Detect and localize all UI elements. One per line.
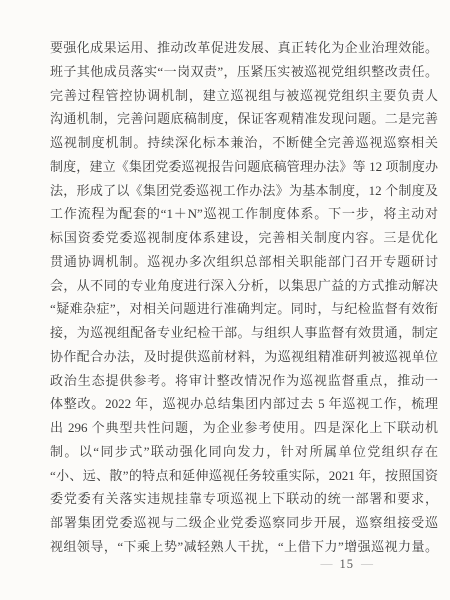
text-line: 工作流程为配套的“1＋N”巡视工作制度体系。下一步，将主动对 [50,202,438,226]
footer-dash-left: — [321,558,333,569]
text-line: “小、远、散”的特点和延伸巡视任务较重实际，2021 年，按照国资 [50,464,438,488]
text-line: 会，从不同的专业角度进行深入分析，以集思广益的方式推动解决 [50,274,438,298]
text-line: 法，形成了以《集团党委巡视工作办法》为基本制度，12 个制度及 [50,179,438,203]
text-line: 政治生态提供参考。将审计整改情况作为巡视监督重点，推动一 [50,369,438,393]
text-line: 视组领导，“下乘上势”减轻熟人干扰，“上借下力”增强巡视力量。 [50,535,438,559]
text-line: 协作配合办法，及时提供巡前材料，为巡视组精准研判被巡视单位 [50,345,438,369]
text-line: 标国资委党委巡视制度体系建设，完善相关制度内容。三是优化 [50,226,438,250]
text-line: 班子其他成员落实“一岗双责”，压紧压实被巡视党组织整改责任。 [50,60,438,84]
text-line: 制度，建立《集团党委巡视报告问题底稿管理办法》等 12 项制度办 [50,155,438,179]
text-line: 贯通协调机制。巡视办多次组织总部相关职能部门召开专题研讨 [50,250,438,274]
footer-dash-right: — [361,558,373,569]
page-footer: — 15 — [314,557,381,571]
text-line: “疑难杂症”，对相关问题进行准确判定。同时，与纪检监督有效衔 [50,297,438,321]
text-line: 制。以“同步式”联动强化同向发力，针对所属单位党组织存在 [50,440,438,464]
text-line: 出 296 个典型共性问题，为企业参考使用。四是深化上下联动机 [50,416,438,440]
text-line: 沟通机制，完善问题底稿制度，保证客观精准发现问题。二是完善 [50,107,438,131]
text-line: 完善过程管控协调机制，建立巡视组与被巡视党组织主要负责人 [50,84,438,108]
text-line: 委党委有关落实违规挂靠专项巡视上下联动的统一部署和要求， [50,487,438,511]
text-line: 巡视制度机制。持续深化标本兼治，不断健全完善巡视巡察相关 [50,131,438,155]
document-page: 要强化成果运用、推动改革促进发展、真正转化为企业治理效能。 班子其他成员落实“一… [0,0,450,600]
body-text: 要强化成果运用、推动改革促进发展、真正转化为企业治理效能。 班子其他成员落实“一… [50,36,438,559]
text-line: 要强化成果运用、推动改革促进发展、真正转化为企业治理效能。 [50,36,438,60]
page-number: 15 [340,557,355,571]
text-line: 部署集团党委巡视与二级企业党委巡察同步开展，巡察组接受巡 [50,511,438,535]
text-line: 接，为巡视组配备专业纪检干部。与组织人事监督有效贯通，制定 [50,321,438,345]
text-line: 体整改。2022 年，巡视办总结集团内部过去 5 年巡视工作，梳理 [50,392,438,416]
